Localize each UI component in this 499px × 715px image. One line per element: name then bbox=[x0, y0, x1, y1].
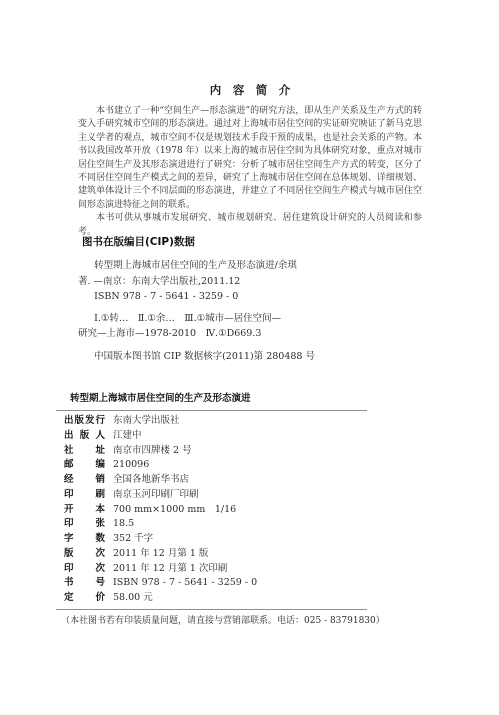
publication-info-row: 邮编210096 bbox=[64, 458, 367, 473]
divider-bottom bbox=[56, 609, 367, 610]
publication-info-value: 东南大学出版社 bbox=[113, 415, 180, 426]
cip-entry-line2: 著. —南京：东南大学出版社,2011.12 bbox=[78, 274, 422, 290]
publication-info-row: 书号ISBN 978 - 7 - 5641 - 3259 - 0 bbox=[64, 576, 367, 591]
cip-record-number: 中国版本图书馆 CIP 数据核字(2011)第 280488 号 bbox=[78, 349, 422, 365]
publication-info-label: 社址 bbox=[64, 444, 105, 459]
publication-info-value: 352 千字 bbox=[113, 533, 153, 544]
content-summary-section: 内 容 简 介 本书建立了一种“空间生产—形态演进”的研究方法，即从生产关系及生… bbox=[78, 84, 422, 239]
publication-info-value: 18.5 bbox=[113, 518, 134, 529]
publication-info-label: 字数 bbox=[64, 532, 105, 547]
publication-info-label: 印刷 bbox=[64, 488, 105, 503]
quality-note: （本社图书若有印装质量问题，请直接与营销部联系。电话：025 - 8379183… bbox=[61, 615, 367, 627]
publication-info-row: 开本700 mm×1000 mm 1/16 bbox=[64, 503, 367, 518]
divider-top bbox=[56, 410, 367, 411]
publication-info-value: ISBN 978 - 7 - 5641 - 3259 - 0 bbox=[113, 577, 257, 588]
publication-info-label: 开本 bbox=[64, 503, 105, 518]
publication-info-value: 江建中 bbox=[113, 430, 142, 441]
publication-info-row: 版次2011 年 12 月第 1 版 bbox=[64, 547, 367, 562]
publication-info-value: 2011 年 12 月第 1 次印刷 bbox=[113, 563, 227, 574]
publication-info-row: 出版发行东南大学出版社 bbox=[64, 414, 367, 429]
cip-entry-line1: 转型期上海城市居住空间的生产及形态演进/余琪 bbox=[78, 258, 422, 274]
publication-info-row: 经销全国各地新华书店 bbox=[64, 473, 367, 488]
publication-info-row: 出版人江建中 bbox=[64, 429, 367, 444]
publication-info-label: 印张 bbox=[64, 517, 105, 532]
cip-classification-line2: 研究—上海市—1978-2010 Ⅳ.①D669.3 bbox=[78, 326, 422, 342]
publication-info-value: 2011 年 12 月第 1 版 bbox=[113, 548, 208, 559]
book-copyright-page: 内 容 简 介 本书建立了一种“空间生产—形态演进”的研究方法，即从生产关系及生… bbox=[0, 0, 499, 715]
publication-info-row: 字数352 千字 bbox=[64, 532, 367, 547]
summary-heading: 内 容 简 介 bbox=[78, 84, 422, 96]
publication-info-label: 出版发行 bbox=[64, 414, 105, 429]
cip-heading: 图书在版编目(CIP)数据 bbox=[82, 236, 422, 249]
publication-info-value: 700 mm×1000 mm 1/16 bbox=[113, 504, 236, 515]
publication-info-row: 印次2011 年 12 月第 1 次印刷 bbox=[64, 562, 367, 577]
publication-info-value: 全国各地新华书店 bbox=[113, 474, 189, 485]
publication-info-section: 转型期上海城市居住空间的生产及形态演进 出版发行东南大学出版社 出版人江建中 社… bbox=[56, 393, 367, 627]
publication-info-label: 邮编 bbox=[64, 458, 105, 473]
publication-info-row: 定价58.00 元 bbox=[64, 591, 367, 606]
publication-info-label: 版次 bbox=[64, 547, 105, 562]
book-title: 转型期上海城市居住空间的生产及形态演进 bbox=[70, 393, 367, 405]
publication-info-table: 出版发行东南大学出版社 出版人江建中 社址南京市四牌楼 2 号 邮编210096… bbox=[64, 414, 367, 606]
publication-info-label: 书号 bbox=[64, 576, 105, 591]
publication-info-label: 印次 bbox=[64, 562, 105, 577]
publication-info-row: 印刷南京玉河印刷厂印刷 bbox=[64, 488, 367, 503]
publication-info-label: 经销 bbox=[64, 473, 105, 488]
publication-info-value: 58.00 元 bbox=[113, 592, 153, 603]
publication-info-row: 社址南京市四牌楼 2 号 bbox=[64, 444, 367, 459]
cip-data-section: 图书在版编目(CIP)数据 转型期上海城市居住空间的生产及形态演进/余琪 著. … bbox=[78, 236, 422, 364]
publication-info-label: 出版人 bbox=[64, 429, 105, 444]
publication-info-value: 210096 bbox=[113, 459, 149, 470]
publication-info-row: 印张18.5 bbox=[64, 517, 367, 532]
publication-info-value: 南京玉河印刷厂印刷 bbox=[113, 489, 199, 500]
publication-info-value: 南京市四牌楼 2 号 bbox=[113, 445, 192, 456]
summary-paragraph: 本书建立了一种“空间生产—形态演进”的研究方法，即从生产关系及生产方式的转变入手… bbox=[78, 105, 422, 212]
cip-isbn: ISBN 978 - 7 - 5641 - 3259 - 0 bbox=[78, 289, 422, 305]
cip-classification-line1: Ⅰ.①转… Ⅱ.①余… Ⅲ.①城市—居住空间— bbox=[78, 311, 422, 327]
publication-info-label: 定价 bbox=[64, 591, 105, 606]
